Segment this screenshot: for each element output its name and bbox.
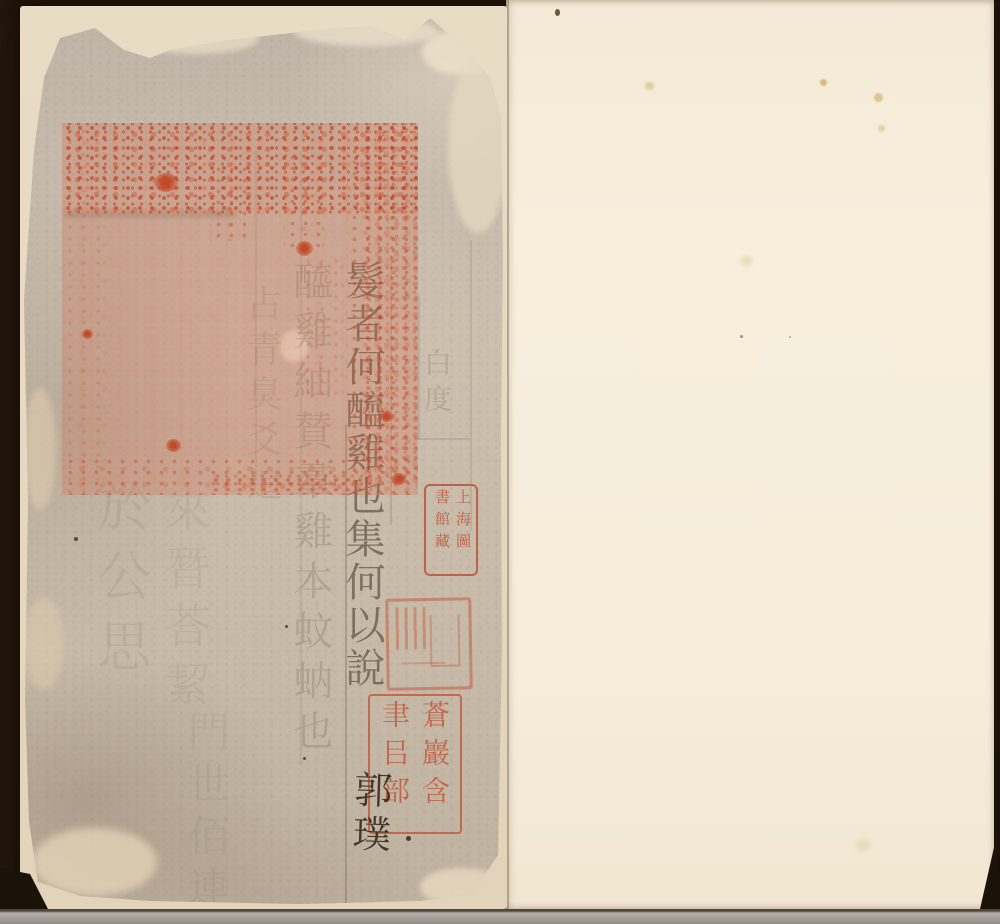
seal-blotch [154, 173, 178, 192]
square-seal [385, 597, 473, 690]
seal-blotch [166, 439, 181, 452]
damage-patch [24, 388, 56, 510]
seal-blotch [296, 241, 313, 256]
seal-blotch [82, 329, 93, 339]
left-page: 醯雞紬賛羣雞本蚊蚋也 占青臭爻追 於公思 來朁荅絜 門世佰連 髮者何醯雞也集何以… [24, 10, 506, 907]
library-seal: 上海圖 書館藏 [424, 484, 478, 576]
damage-patch [24, 598, 64, 690]
paper-speck [555, 9, 560, 16]
large-collector-seal [62, 123, 418, 495]
seal-blotch [392, 473, 406, 485]
table-edge [0, 909, 1000, 924]
seal-glyph-fragment [284, 151, 324, 247]
seal-border-left [62, 123, 108, 495]
seal-blotch [380, 411, 393, 422]
foxing-spot [878, 125, 885, 132]
paper-speck [740, 335, 743, 338]
seal-glyph-fragment [210, 163, 246, 241]
right-page [506, 0, 994, 909]
paper-speck [74, 537, 78, 541]
seal-glyph-fragment [362, 123, 418, 483]
signature-guo-pu: 郭璞 [340, 769, 398, 859]
annotation-box-line [418, 438, 470, 440]
seal-script-marks [429, 614, 460, 667]
seal-script-marks [401, 662, 445, 679]
damage-patch [32, 828, 157, 896]
paper-speck [789, 336, 791, 338]
foxing-spot [645, 82, 654, 90]
seal-script-marks [395, 607, 426, 650]
paper-speck [303, 757, 306, 760]
faint-annotation: 白度 [416, 348, 456, 420]
seal-smudge-streak [210, 475, 372, 491]
paper-speck [285, 625, 288, 628]
foxing-spot [820, 79, 827, 86]
foxing-spot [741, 256, 752, 266]
ghost-text-column: 門世佰連 [176, 710, 236, 918]
ink-dot [406, 836, 411, 841]
seal-glyph-fragment [300, 253, 344, 403]
foxing-spot [874, 93, 883, 102]
library-seal-left-column: 書館藏 [432, 489, 453, 571]
studio-seal-right-column: 蒼巖含 [414, 700, 454, 828]
foxing-spot [856, 840, 870, 851]
library-seal-right-column: 上海圖 [453, 489, 474, 571]
photo-frame: 醯雞紬賛羣雞本蚊蚋也 占青臭爻追 於公思 來朁荅絜 門世佰連 髮者何醯雞也集何以… [0, 0, 1000, 924]
ghost-text-column: 於公思 [82, 478, 159, 688]
ghost-text-column: 來朁荅絜 [152, 486, 218, 718]
